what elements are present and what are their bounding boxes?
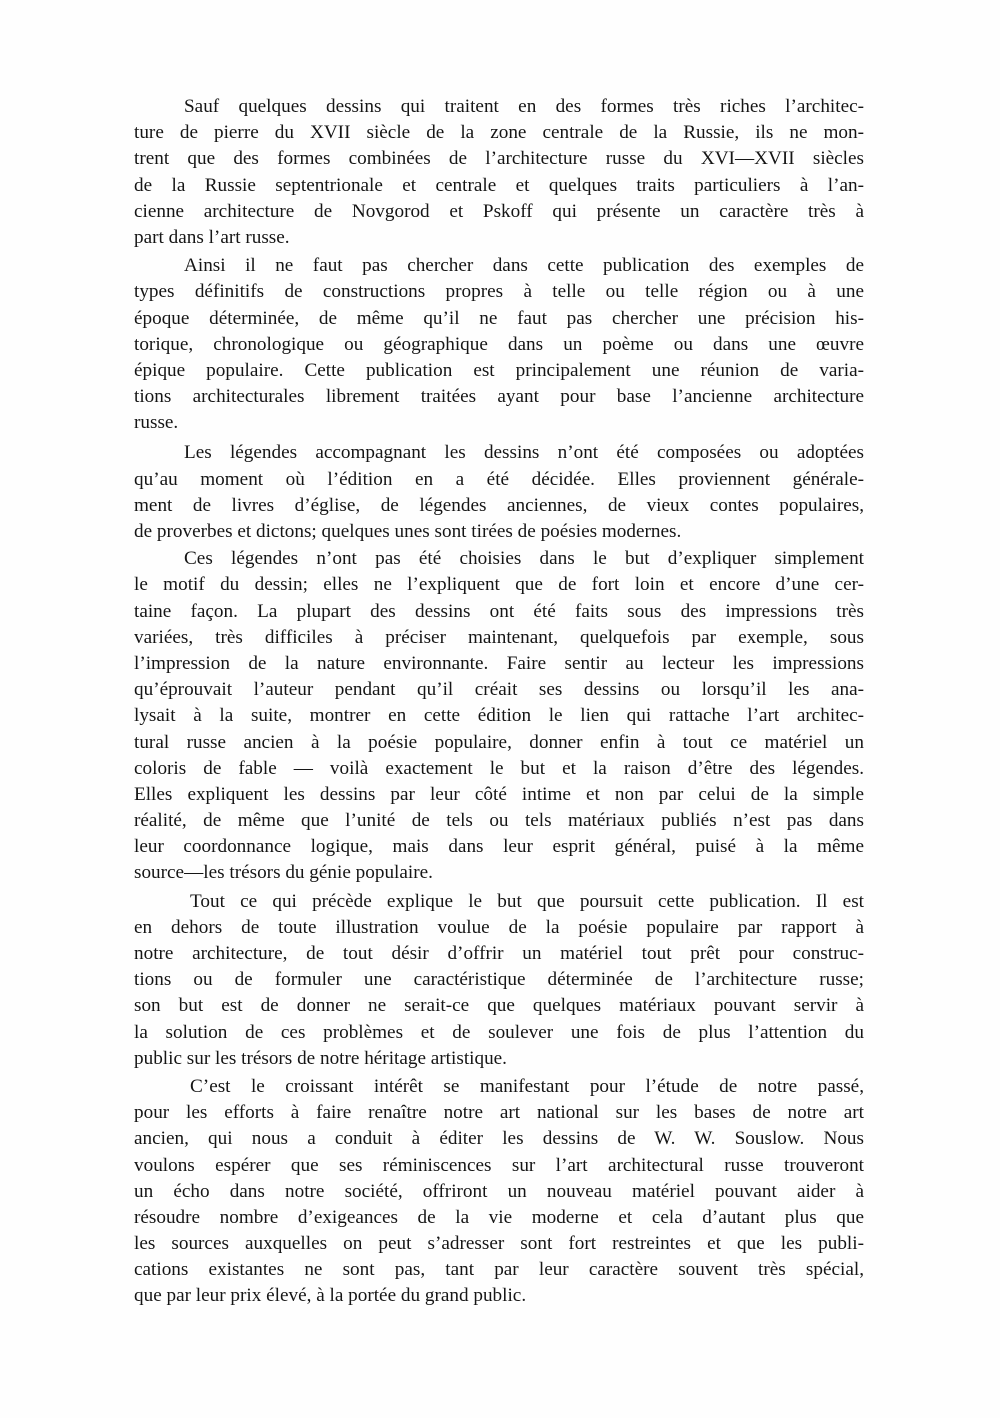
text-line: réalité, de même que l’unité de tels ou … bbox=[134, 808, 864, 834]
paragraph-3: Les légendes accompagnant les dessins n’… bbox=[134, 440, 864, 545]
text-line: en dehors de toute illustration voulue d… bbox=[134, 915, 864, 941]
text-line: tions ou de formuler une caractéristique… bbox=[134, 967, 864, 993]
text-line: tural russe ancien à la poésie populaire… bbox=[134, 730, 864, 756]
text-line: Sauf quelques dessins qui traitent en de… bbox=[134, 94, 864, 120]
text-line: le motif du dessin; elles ne l’expliquen… bbox=[134, 572, 864, 598]
document-page: Sauf quelques dessins qui traitent en de… bbox=[0, 0, 1000, 1418]
text-line: Elles expliquent les dessins par leur cô… bbox=[134, 782, 864, 808]
paragraph-2: Ainsi il ne faut pas chercher dans cette… bbox=[134, 253, 864, 436]
text-line: Ces légendes n’ont pas été choisies dans… bbox=[134, 546, 864, 572]
text-line: ment de livres d’église, de légendes anc… bbox=[134, 493, 864, 519]
paragraph-5: Tout ce qui précède explique le but que … bbox=[134, 889, 864, 1072]
text-line: de proverbes et dictons; quelques unes s… bbox=[134, 519, 864, 545]
text-line: Les légendes accompagnant les dessins n’… bbox=[134, 440, 864, 466]
text-line: lysait à la suite, montrer en cette édit… bbox=[134, 703, 864, 729]
text-line: ture de pierre du XVII siècle de la zone… bbox=[134, 120, 864, 146]
text-line: types définitifs de constructions propre… bbox=[134, 279, 864, 305]
text-line: public sur les trésors de notre héritage… bbox=[134, 1046, 864, 1072]
text-line: les sources auxquelles on peut s’adresse… bbox=[134, 1231, 864, 1257]
text-line: taine façon. La plupart des dessins ont … bbox=[134, 599, 864, 625]
text-line: que par leur prix élevé, à la portée du … bbox=[134, 1283, 864, 1309]
text-line: part dans l’art russe. bbox=[134, 225, 864, 251]
text-line: cienne architecture de Novgorod et Pskof… bbox=[134, 199, 864, 225]
text-line: tions architecturales librement traitées… bbox=[134, 384, 864, 410]
text-line: leur coordonnance logique, mais dans leu… bbox=[134, 834, 864, 860]
text-line: coloris de fable — voilà exactement le b… bbox=[134, 756, 864, 782]
text-line: épique populaire. Cette publication est … bbox=[134, 358, 864, 384]
text-line: un écho dans notre société, offriront un… bbox=[134, 1179, 864, 1205]
text-line: Ainsi il ne faut pas chercher dans cette… bbox=[134, 253, 864, 279]
text-line: époque déterminée, de même qu’il ne faut… bbox=[134, 306, 864, 332]
text-line: son but est de donner ne serait-ce que q… bbox=[134, 993, 864, 1019]
text-line: variées, très difficiles à préciser main… bbox=[134, 625, 864, 651]
text-line: C’est le croissant intérêt se manifestan… bbox=[134, 1074, 864, 1100]
text-line: cations existantes ne sont pas, tant par… bbox=[134, 1257, 864, 1283]
paragraph-1: Sauf quelques dessins qui traitent en de… bbox=[134, 94, 864, 251]
text-line: l’impression de la nature environnante. … bbox=[134, 651, 864, 677]
text-line: qu’au moment où l’édition en a été décid… bbox=[134, 467, 864, 493]
text-line: Tout ce qui précède explique le but que … bbox=[134, 889, 864, 915]
text-line: source—les trésors du génie populaire. bbox=[134, 860, 864, 886]
text-line: trent que des formes combinées de l’arch… bbox=[134, 146, 864, 172]
text-line: torique, chronologique ou géographique d… bbox=[134, 332, 864, 358]
text-line: pour les efforts à faire renaître notre … bbox=[134, 1100, 864, 1126]
paragraph-6: C’est le croissant intérêt se manifestan… bbox=[134, 1074, 864, 1310]
text-line: la solution de ces problèmes et de soule… bbox=[134, 1020, 864, 1046]
text-line: de la Russie septentrionale et centrale … bbox=[134, 173, 864, 199]
text-line: voulons espérer que ses réminiscences su… bbox=[134, 1153, 864, 1179]
text-line: résoudre nombre d’exigeances de la vie m… bbox=[134, 1205, 864, 1231]
text-line: notre architecture, de tout désir d’offr… bbox=[134, 941, 864, 967]
body-text: Sauf quelques dessins qui traitent en de… bbox=[134, 94, 864, 1310]
text-line: qu’éprouvait l’auteur pendant qu’il créa… bbox=[134, 677, 864, 703]
paragraph-4: Ces légendes n’ont pas été choisies dans… bbox=[134, 546, 864, 886]
text-line: russe. bbox=[134, 410, 864, 436]
text-line: ancien, qui nous a conduit à éditer les … bbox=[134, 1126, 864, 1152]
